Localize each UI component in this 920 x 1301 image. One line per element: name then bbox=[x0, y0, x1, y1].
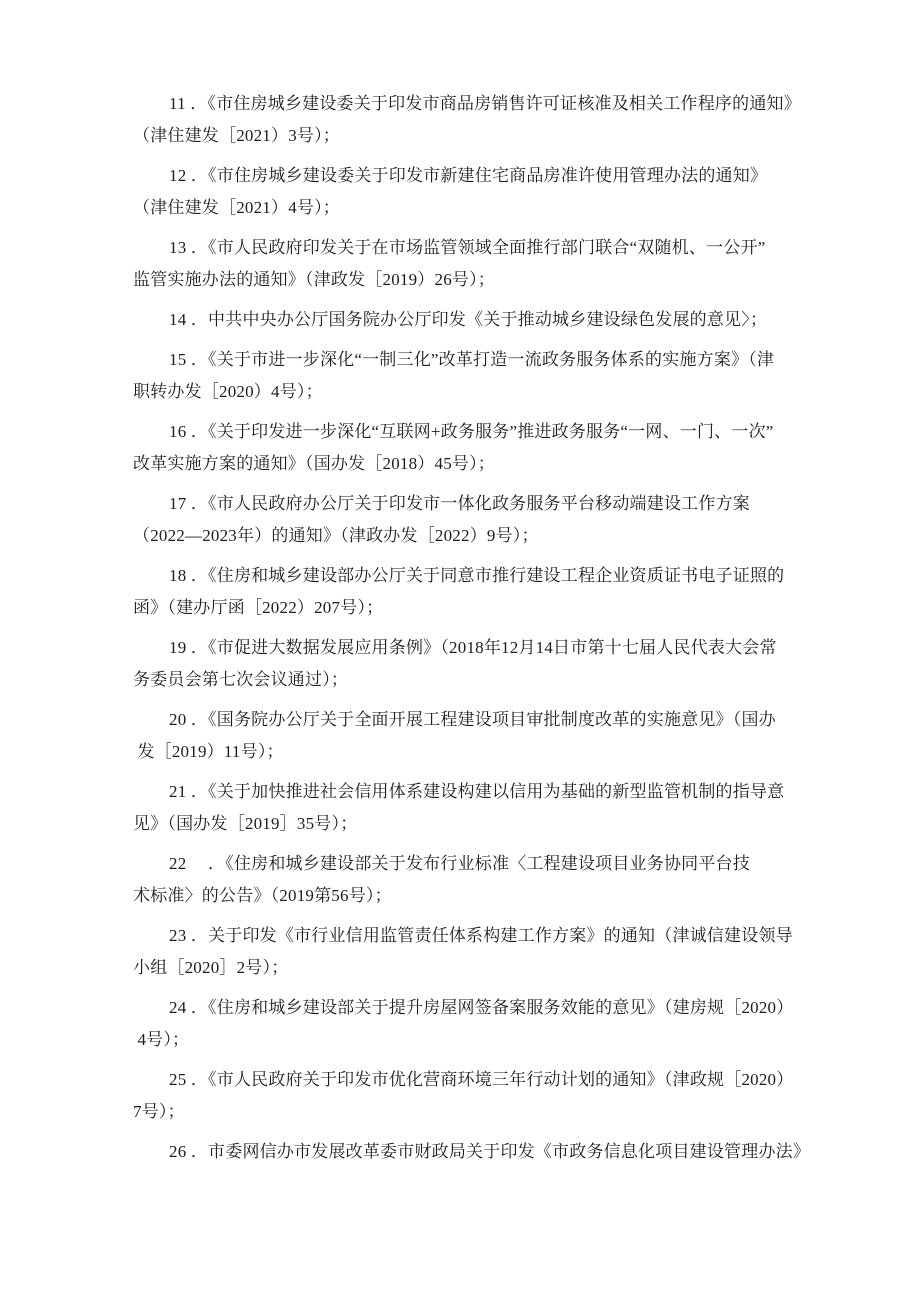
item-line: 20 ．《国务院办公厅关于全面开展工程建设项目审批制度改革的实施意见》（国办 bbox=[133, 704, 824, 736]
legal-reference-item-16: 16 ．《关于印发进一步深化“互联网+政务服务”推进政务服务“一网、一门、一次”… bbox=[133, 416, 824, 480]
item-line: 17 ．《市人民政府办公厅关于印发市一体化政务服务平台移动端建设工作方案 bbox=[133, 488, 824, 520]
legal-reference-item-11: 11 ．《市住房城乡建设委关于印发市商品房销售许可证核准及相关工作程序的通知》 … bbox=[133, 88, 824, 152]
item-line: 务委员会第七次会议通过）； bbox=[133, 664, 824, 696]
item-line: 12 ．《市住房城乡建设委关于印发市新建住宅商品房准许使用管理办法的通知》 bbox=[133, 160, 824, 192]
legal-reference-item-21: 21 ．《关于加快推进社会信用体系建设构建以信用为基础的新型监管机制的指导意 见… bbox=[133, 776, 824, 840]
item-line: （津住建发［2021）4号）； bbox=[133, 192, 824, 224]
legal-reference-item-18: 18 ．《住房和城乡建设部办公厅关于同意市推行建设工程企业资质证书电子证照的 函… bbox=[133, 560, 824, 624]
legal-reference-item-20: 20 ．《国务院办公厅关于全面开展工程建设项目审批制度改革的实施意见》（国办 发… bbox=[133, 704, 824, 768]
legal-reference-item-19: 19 ．《市促进大数据发展应用条例》（2018年12月14日市第十七届人民代表大… bbox=[133, 632, 824, 696]
item-line: 11 ．《市住房城乡建设委关于印发市商品房销售许可证核准及相关工作程序的通知》 bbox=[133, 88, 824, 120]
item-line: 4号）； bbox=[133, 1024, 824, 1056]
item-line: 23 ．关于印发《市行业信用监管责任体系构建工作方案》的通知（津诚信建设领导 bbox=[133, 920, 824, 952]
legal-reference-item-13: 13 ．《市人民政府印发关于在市场监管领域全面推行部门联合“双随机、一公开” 监… bbox=[133, 232, 824, 296]
item-line: 发［2019）11号）； bbox=[133, 736, 824, 768]
item-line: 术标准〉的公告》（2019第56号）； bbox=[133, 880, 824, 912]
item-line: 小组［2020］2号）； bbox=[133, 952, 824, 984]
item-line: （2022—2023年）的通知》（津政办发［2022）9号）； bbox=[133, 520, 824, 552]
document-page: 11 ．《市住房城乡建设委关于印发市商品房销售许可证核准及相关工作程序的通知》 … bbox=[0, 0, 920, 1301]
item-line: 24 ．《住房和城乡建设部关于提升房屋网签备案服务效能的意见》（建房规［2020… bbox=[133, 992, 824, 1024]
item-line: 7号）； bbox=[133, 1096, 824, 1128]
item-line: 19 ．《市促进大数据发展应用条例》（2018年12月14日市第十七届人民代表大… bbox=[133, 632, 824, 664]
item-line: 监管实施办法的通知》（津政发［2019）26号）； bbox=[133, 264, 824, 296]
legal-reference-item-22: 22 ．《住房和城乡建设部关于发布行业标准〈工程建设项目业务协同平台技 术标准〉… bbox=[133, 848, 824, 912]
legal-reference-item-15: 15 ．《关于市进一步深化“一制三化”改革打造一流政务服务体系的实施方案》（津 … bbox=[133, 344, 824, 408]
legal-reference-item-17: 17 ．《市人民政府办公厅关于印发市一体化政务服务平台移动端建设工作方案 （20… bbox=[133, 488, 824, 552]
legal-reference-item-14: 14 ．中共中央办公厅国务院办公厅印发《关于推动城乡建设绿色发展的意见〉； bbox=[133, 304, 824, 336]
item-line: 见》（国办发［2019］35号）； bbox=[133, 808, 824, 840]
item-line: 21 ．《关于加快推进社会信用体系建设构建以信用为基础的新型监管机制的指导意 bbox=[133, 776, 824, 808]
item-line: 13 ．《市人民政府印发关于在市场监管领域全面推行部门联合“双随机、一公开” bbox=[133, 232, 824, 264]
item-line: 改革实施方案的通知》（国办发［2018）45号）； bbox=[133, 448, 824, 480]
legal-reference-item-25: 25 ．《市人民政府关于印发市优化营商环境三年行动计划的通知》（津政规［2020… bbox=[133, 1064, 824, 1128]
legal-reference-item-12: 12 ．《市住房城乡建设委关于印发市新建住宅商品房准许使用管理办法的通知》 （津… bbox=[133, 160, 824, 224]
item-line: 22 ．《住房和城乡建设部关于发布行业标准〈工程建设项目业务协同平台技 bbox=[133, 848, 824, 880]
item-line: 25 ．《市人民政府关于印发市优化营商环境三年行动计划的通知》（津政规［2020… bbox=[133, 1064, 824, 1096]
legal-reference-item-23: 23 ．关于印发《市行业信用监管责任体系构建工作方案》的通知（津诚信建设领导 小… bbox=[133, 920, 824, 984]
legal-reference-item-26: 26 ．市委网信办市发展改革委市财政局关于印发《市政务信息化项目建设管理办法》 bbox=[133, 1136, 824, 1168]
item-line: 26 ．市委网信办市发展改革委市财政局关于印发《市政务信息化项目建设管理办法》 bbox=[133, 1136, 824, 1168]
item-line: 18 ．《住房和城乡建设部办公厅关于同意市推行建设工程企业资质证书电子证照的 bbox=[133, 560, 824, 592]
item-line: （津住建发［2021）3号）； bbox=[133, 120, 824, 152]
item-line: 16 ．《关于印发进一步深化“互联网+政务服务”推进政务服务“一网、一门、一次” bbox=[133, 416, 824, 448]
item-line: 函》（建办厅函［2022）207号）； bbox=[133, 592, 824, 624]
legal-reference-item-24: 24 ．《住房和城乡建设部关于提升房屋网签备案服务效能的意见》（建房规［2020… bbox=[133, 992, 824, 1056]
item-line: 14 ．中共中央办公厅国务院办公厅印发《关于推动城乡建设绿色发展的意见〉； bbox=[133, 304, 824, 336]
item-line: 职转办发［2020）4号）； bbox=[133, 376, 824, 408]
item-line: 15 ．《关于市进一步深化“一制三化”改革打造一流政务服务体系的实施方案》（津 bbox=[133, 344, 824, 376]
